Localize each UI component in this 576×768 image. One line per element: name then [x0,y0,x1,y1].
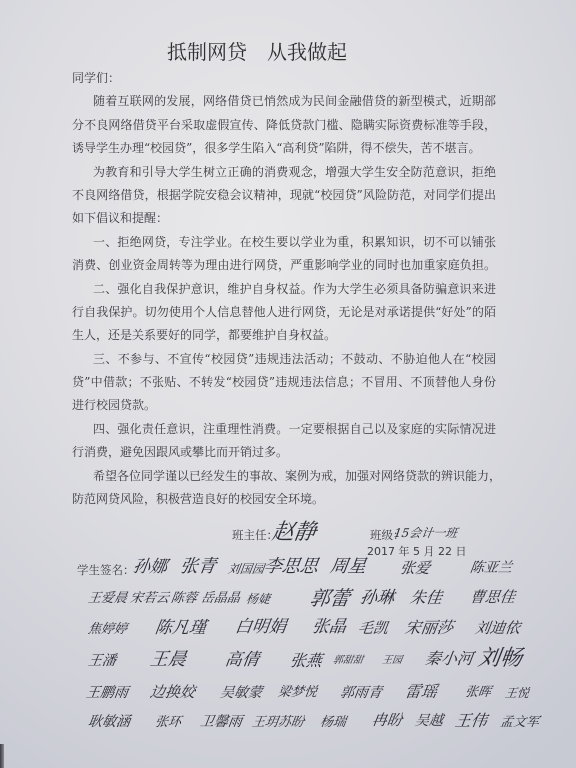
student-signature: 边换姣 [149,685,196,700]
student-signature: 郭蕾 [309,588,352,608]
paragraph-line: 贷”中借款；不张贴、不转发“校园贷”违规违法信息；不冒用、不顶替他人身份 [72,371,496,394]
student-signature: 张晖 [464,686,492,699]
student-signature: 刘畅 [476,648,523,670]
salutation: 同学们： [72,67,496,90]
student-signature: 耿敏涵 [87,715,131,729]
paragraph-line: 诱导学生办理“校园贷”，很多学生陷入“高利贷”陷阱，得不偿失，苦不堪言。 [72,137,496,160]
paragraph-line: 希望各位同学谨以已经发生的事故、案例为戒，加强对网络贷款的辨识能力， [72,465,496,488]
student-signature: 刘迪依 [474,621,521,636]
student-signature: 孙琳 [359,590,395,607]
student-signature: 宋丽莎 [404,620,454,636]
paragraph-line: 四、强化责任意识，注重理性消费。一定要根据自己以及家庭的实际情况进 [72,418,496,441]
student-signature: 杨婕 [245,593,271,605]
student-signature: 张燕 [289,653,323,669]
student-signature: 秦小河 [424,651,474,667]
student-signature: 孙娜 [132,559,168,576]
paragraph-line: 如下倡议和提醒： [72,207,496,230]
paragraph-line: 行自我保护。切勿使用个人信息替他人进行网贷，无论是对承诺提供“好处”的陌 [72,301,496,324]
paragraph-line: 行消费，避免因跟风或攀比而开销过多。 [72,441,496,464]
student-signature: 岳晶晶 [200,592,241,605]
student-signature: 王悦 [504,687,530,699]
student-signature: 梁梦悦 [277,686,318,699]
student-signature: 张青 [179,558,218,576]
paragraph-line: 不良网络借贷，根据学院安稳会议精神，现就“校园贷”风险防范，对同学们提出 [72,184,496,207]
student-signature: 宋若云 [129,592,170,605]
student-signature: 李思思 [263,558,320,576]
student-signature: 张环 [154,716,182,729]
document-body: 同学们： 随着互联网的发展，网络借贷已悄然成为民间金融借贷的新型模式，近期部 分… [72,67,496,511]
paragraph-line: 进行校园贷款。 [72,394,496,417]
paragraph-line: 生人，还是关系要好的同学，都要维护自身权益。 [72,324,496,347]
student-signature: 陈亚兰 [469,561,513,575]
student-signature: 孟文军 [499,716,540,729]
paragraph-line: 消费、创业资金周转等为理由进行网贷，严重影响学业的同时也加重家庭负担。 [72,254,496,277]
date: 2017 年 5 月 22 日 [367,545,466,559]
student-signature: 吴敏蒙 [219,686,263,700]
student-signature: 焦婷婷 [87,623,128,636]
student-signature: 吴越 [414,714,444,728]
student-signature: 杨瑞 [319,716,347,729]
student-signature: 周星 [329,558,368,576]
student-signature: 苏盼 [277,716,305,729]
student-signature: 王晨 [149,651,188,669]
student-signature: 卫馨雨 [199,715,243,729]
student-signature: 白明娟 [234,619,287,636]
student-signature: 王潘 [87,654,117,668]
student-signature: 冉盼 [371,713,403,728]
paragraph-line: 防范网贷风险，积极营造良好的校园安全环境。 [72,488,496,511]
paragraph-line: 分不良网络借贷平台采取虚假宣传、降低贷款门槛、隐瞒实际资费标准等手段， [72,114,496,137]
student-signature: 王伟 [454,713,488,729]
student-signature: 郭甜甜 [332,656,363,666]
head-teacher-signature: 赵静 [270,522,317,544]
student-signature-label: 学生签名： [77,563,135,577]
photo-edge-shadow [0,744,4,768]
student-signature: 刘国园 [227,563,265,575]
paragraph-line: 为教育和引导大学生树立正确的消费观念，增强大学生安全防范意识，拒绝 [72,161,496,184]
document-title: 抵制网贷 从我做起 [167,38,347,66]
student-signature: 王爱晨 [87,592,128,605]
paragraph-line: 随着互联网的发展，网络借贷已悄然成为民间金融借贷的新型模式，近期部 [72,90,496,113]
paragraph-line: 一、拒绝网贷，专注学业。在校生要以学业为重，积累知识，切不可以铺张 [72,231,496,254]
student-signature: 曹思佳 [469,590,516,605]
student-signature: 王园 [381,656,402,666]
class-value: 15会计一班 [393,527,458,539]
student-signature: 朱佳 [409,590,443,606]
student-signature: 雷瑶 [404,684,438,700]
student-signature: 郭雨青 [339,686,383,700]
paragraph-line: 三、不参与、不宣传“校园贷”违规违法活动；不鼓动、不胁迫他人在“校园 [72,348,496,371]
student-signature: 张晶 [311,619,347,636]
student-signature: 高倩 [224,652,260,669]
student-signature: 张爱 [399,561,431,576]
paragraph-line: 二、强化自我保护意识，维护自身权益。作为大学生必须具备防骗意识来进 [72,278,496,301]
student-signature: 王鹏雨 [85,686,129,700]
student-signature: 毛凯 [357,621,389,636]
student-signature: 王玥 [251,716,279,729]
student-signature: 陈蓉 [170,592,198,605]
student-signature: 陈凡瑾 [154,620,207,637]
